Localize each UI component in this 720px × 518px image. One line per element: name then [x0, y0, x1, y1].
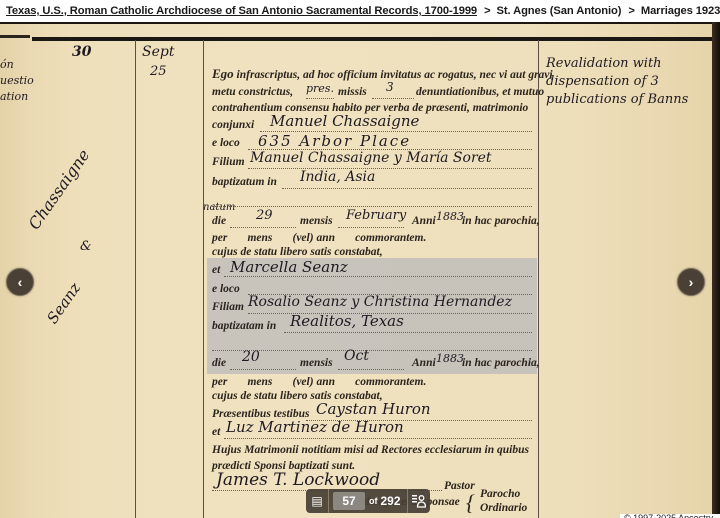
dotted-line: [224, 438, 532, 439]
form-line: e loco: [212, 137, 240, 149]
margin-name-bride: Seanz: [43, 279, 84, 327]
dotted-line: [230, 227, 296, 228]
dotted-line: [224, 276, 532, 277]
handwritten-bride-parents: Rosalio Seanz y Christina Hernandez: [248, 294, 512, 310]
form-line: baptizatum in: [212, 176, 277, 188]
form-line: Ego infrascriptus, ad hoc officium invit…: [212, 66, 553, 82]
column-divider: [203, 40, 204, 518]
breadcrumb-separator: >: [484, 5, 490, 17]
breadcrumb-separator: >: [628, 5, 634, 17]
form-line: Filium: [212, 156, 245, 168]
form-line: Ordinario: [480, 502, 527, 514]
remarks-line: dispensation of 3: [546, 74, 659, 89]
handwritten-groom-birth-year: 1883: [436, 210, 464, 223]
form-line: die: [212, 357, 226, 369]
form-line: die: [212, 215, 226, 227]
dotted-line: [248, 168, 532, 169]
page-of-label: of: [369, 496, 378, 506]
filmstrip-icon: ▤: [311, 494, 322, 508]
date-month: Sept: [142, 44, 174, 60]
page-indicator: 57 of 292: [328, 489, 408, 513]
form-line: per mens (vel) ann commorantem.: [212, 232, 426, 244]
chevron-right-icon: ›: [689, 274, 694, 290]
previous-image-button[interactable]: ‹: [6, 268, 34, 296]
handwritten-bride-birth-day: 20: [242, 349, 260, 365]
form-line: et: [212, 426, 220, 438]
form-line: Anni: [412, 215, 436, 227]
form-line: et: [212, 264, 220, 276]
margin-name-groom: Chassaigne: [24, 146, 93, 233]
dotted-line: [306, 98, 334, 99]
handwritten-pres: pres.: [306, 82, 334, 95]
divider: [32, 37, 712, 41]
form-line: baptizatam in: [212, 320, 276, 332]
form-line: Hujus Matrimonii notitiam misi ad Rector…: [212, 444, 529, 456]
copyright-notice: © 1997-2025 Ancestry: [620, 514, 720, 518]
handwritten-groom-birth-month: February: [346, 208, 406, 223]
dotted-line: [338, 369, 404, 370]
remarks-line: Revalidation with: [546, 56, 662, 71]
dotted-line: [284, 332, 532, 333]
form-line: denuntiationibus, et mutuo: [416, 86, 544, 98]
breadcrumb: Texas, U.S., Roman Catholic Archdiocese …: [0, 0, 720, 22]
page-edge: [712, 22, 720, 518]
form-line: mensis: [300, 357, 333, 369]
form-line: e loco: [212, 283, 240, 295]
handwritten-groom-birth-day: 29: [256, 208, 273, 223]
breadcrumb-collection-link[interactable]: Texas, U.S., Roman Catholic Archdiocese …: [6, 5, 477, 17]
index-panel-button[interactable]: [408, 489, 430, 513]
next-image-button[interactable]: ›: [677, 268, 705, 296]
filmstrip-button[interactable]: ▤: [306, 489, 328, 513]
entry-number: 30: [72, 44, 91, 60]
form-line: Parocho: [480, 488, 520, 500]
form-line: missis: [338, 86, 367, 98]
column-divider: [135, 40, 136, 518]
handwritten-groom-baptism: India, Asia: [300, 169, 375, 185]
handwritten-bride-birth-year: 1883: [436, 352, 464, 365]
handwritten-bride: Marcella Seanz: [230, 258, 348, 276]
handwritten-groom-parents: Manuel Chassaigne y María Soret: [250, 150, 492, 166]
page-total: 292: [381, 494, 401, 508]
divider: [0, 35, 30, 38]
form-line: in hac parochia,: [462, 215, 540, 227]
chevron-left-icon: ‹: [18, 274, 23, 290]
person-list-icon: [412, 494, 426, 508]
column-divider: [538, 40, 539, 518]
handwritten-witness-2: Luz Martinez de Huron: [226, 418, 404, 436]
handwritten-banns-count: 3: [386, 80, 394, 94]
dotted-line: [212, 206, 532, 207]
handwritten-natus: natum: [203, 202, 235, 213]
margin-fragment: ón: [0, 58, 14, 71]
dotted-line: [338, 227, 404, 228]
remarks-line: publications of Banns: [546, 92, 688, 107]
form-line: Filiam: [212, 301, 244, 313]
image-viewer[interactable]: ón uestiо atiоn 30 Sept 25 Chassaigne & …: [0, 22, 720, 518]
form-line: cujus de statu libero satis constabat,: [212, 246, 383, 258]
handwritten-bride-birth-month: Oct: [344, 348, 369, 364]
form-line: in hac parochia,: [462, 357, 540, 369]
handwritten-groom-address: 635 Arbor Place: [258, 132, 411, 150]
image-toolbar: ▤ 57 of 292: [306, 489, 430, 513]
form-line: per mens (vel) ann commorantem.: [212, 376, 426, 388]
dotted-line: [212, 350, 532, 351]
breadcrumb-volume: Marriages 1923-1940: [641, 5, 720, 17]
form-line: conjunxi: [212, 119, 254, 131]
dotted-line: [282, 188, 532, 189]
margin-fragment: atiоn: [0, 90, 28, 103]
margin-ampersand: &: [80, 239, 92, 254]
form-line: Anni: [412, 357, 436, 369]
form-line: metu constrictus,: [212, 86, 293, 98]
record-image: ón uestiо atiоn 30 Sept 25 Chassaigne & …: [0, 24, 714, 518]
dotted-line: [230, 369, 296, 370]
handwritten-groom: Manuel Chassaigne: [270, 112, 419, 130]
page-number-input[interactable]: 57: [333, 492, 365, 510]
date-day: 25: [150, 64, 167, 79]
margin-fragment: uestiо: [0, 74, 34, 87]
brace: {: [466, 490, 475, 516]
handwritten-witness-1: Caystan Huron: [316, 400, 431, 418]
handwritten-pastor: James T. Lockwood: [216, 470, 380, 490]
dotted-line: [372, 98, 414, 99]
form-line: mensis: [300, 215, 333, 227]
handwritten-bride-baptism: Realitos, Texas: [290, 312, 404, 330]
breadcrumb-parish[interactable]: St. Agnes (San Antonio): [497, 5, 622, 17]
